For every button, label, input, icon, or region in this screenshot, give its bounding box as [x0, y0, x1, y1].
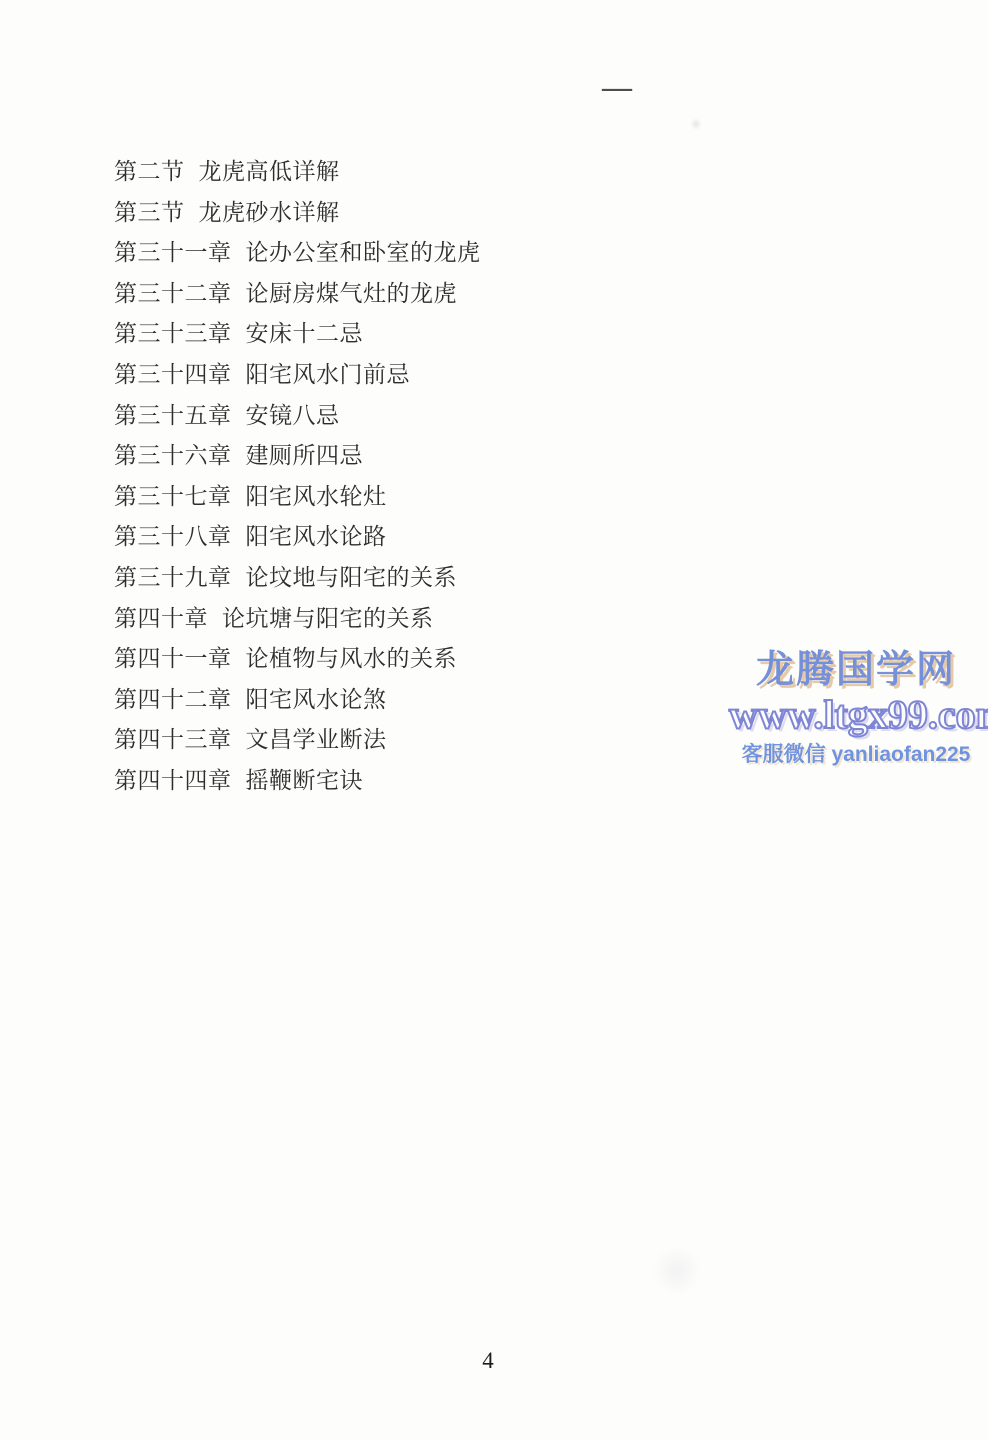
toc-chapter-label: 第三十一章 — [114, 240, 232, 265]
toc-title-label: 安床十二忌 — [246, 321, 364, 346]
toc-title-label: 论厨房煤气灶的龙虎 — [246, 281, 458, 306]
toc-row: 第二节龙虎高低详解 — [114, 152, 481, 193]
toc-chapter-label: 第四十章 — [114, 606, 208, 631]
toc-chapter-label: 第三十五章 — [114, 403, 232, 428]
toc-title-label: 建厕所四忌 — [246, 443, 364, 468]
toc-row: 第三节龙虎砂水详解 — [114, 193, 481, 234]
toc-chapter-label: 第三十三章 — [114, 321, 232, 346]
toc-row: 第四十三章文昌学业断法 — [114, 720, 481, 761]
toc-chapter-label: 第三十七章 — [114, 484, 232, 509]
toc-title-label: 龙虎高低详解 — [199, 159, 340, 184]
toc-chapter-label: 第四十一章 — [114, 646, 232, 671]
document-page: — 第二节龙虎高低详解第三节龙虎砂水详解第三十一章论办公室和卧室的龙虎第三十二章… — [0, 0, 988, 1440]
watermark-contact: 客服微信 yanliaofan225 — [729, 742, 983, 768]
scan-smudge — [690, 118, 702, 130]
toc-row: 第三十二章论厨房煤气灶的龙虎 — [114, 274, 481, 315]
toc-chapter-label: 第三十二章 — [114, 281, 232, 306]
toc-row: 第三十一章论办公室和卧室的龙虎 — [114, 233, 481, 274]
page-number: 4 — [0, 1348, 976, 1374]
toc-row: 第三十七章阳宅风水轮灶 — [114, 477, 481, 518]
toc-title-label: 论办公室和卧室的龙虎 — [246, 240, 481, 265]
watermark: 龙腾国学网 www.ltgx99.com 客服微信 yanliaofan225 — [729, 646, 983, 768]
toc-chapter-label: 第三十六章 — [114, 443, 232, 468]
toc-title-label: 安镜八忌 — [246, 403, 340, 428]
table-of-contents: 第二节龙虎高低详解第三节龙虎砂水详解第三十一章论办公室和卧室的龙虎第三十二章论厨… — [114, 152, 481, 802]
toc-title-label: 论植物与风水的关系 — [246, 646, 458, 671]
toc-row: 第三十五章安镜八忌 — [114, 396, 481, 437]
scan-smudge — [652, 1246, 702, 1296]
toc-row: 第四十一章论植物与风水的关系 — [114, 639, 481, 680]
toc-chapter-label: 第三十八章 — [114, 524, 232, 549]
toc-title-label: 文昌学业断法 — [246, 727, 387, 752]
toc-row: 第三十三章安床十二忌 — [114, 314, 481, 355]
toc-row: 第三十九章论坟地与阳宅的关系 — [114, 558, 481, 599]
toc-chapter-label: 第三十九章 — [114, 565, 232, 590]
toc-title-label: 论坟地与阳宅的关系 — [246, 565, 458, 590]
toc-chapter-label: 第三十四章 — [114, 362, 232, 387]
toc-title-label: 阳宅风水论路 — [246, 524, 387, 549]
toc-row: 第四十四章摇鞭断宅诀 — [114, 761, 481, 802]
toc-title-label: 阳宅风水轮灶 — [246, 484, 387, 509]
toc-title-label: 龙虎砂水详解 — [199, 200, 340, 225]
toc-chapter-label: 第四十二章 — [114, 687, 232, 712]
watermark-site-url: www.ltgx99.com — [729, 694, 983, 736]
page-header-dash: — — [602, 71, 632, 105]
toc-title-label: 阳宅风水论煞 — [246, 687, 387, 712]
toc-chapter-label: 第四十四章 — [114, 768, 232, 793]
toc-title-label: 摇鞭断宅诀 — [246, 768, 364, 793]
watermark-site-name: 龙腾国学网 — [729, 646, 983, 694]
toc-row: 第三十六章建厕所四忌 — [114, 436, 481, 477]
toc-row: 第三十八章阳宅风水论路 — [114, 517, 481, 558]
toc-row: 第三十四章阳宅风水门前忌 — [114, 355, 481, 396]
toc-row: 第四十二章阳宅风水论煞 — [114, 680, 481, 721]
toc-title-label: 阳宅风水门前忌 — [246, 362, 411, 387]
toc-chapter-label: 第三节 — [114, 200, 185, 225]
toc-chapter-label: 第二节 — [114, 159, 185, 184]
toc-row: 第四十章论坑塘与阳宅的关系 — [114, 599, 481, 640]
toc-chapter-label: 第四十三章 — [114, 727, 232, 752]
toc-title-label: 论坑塘与阳宅的关系 — [222, 606, 434, 631]
